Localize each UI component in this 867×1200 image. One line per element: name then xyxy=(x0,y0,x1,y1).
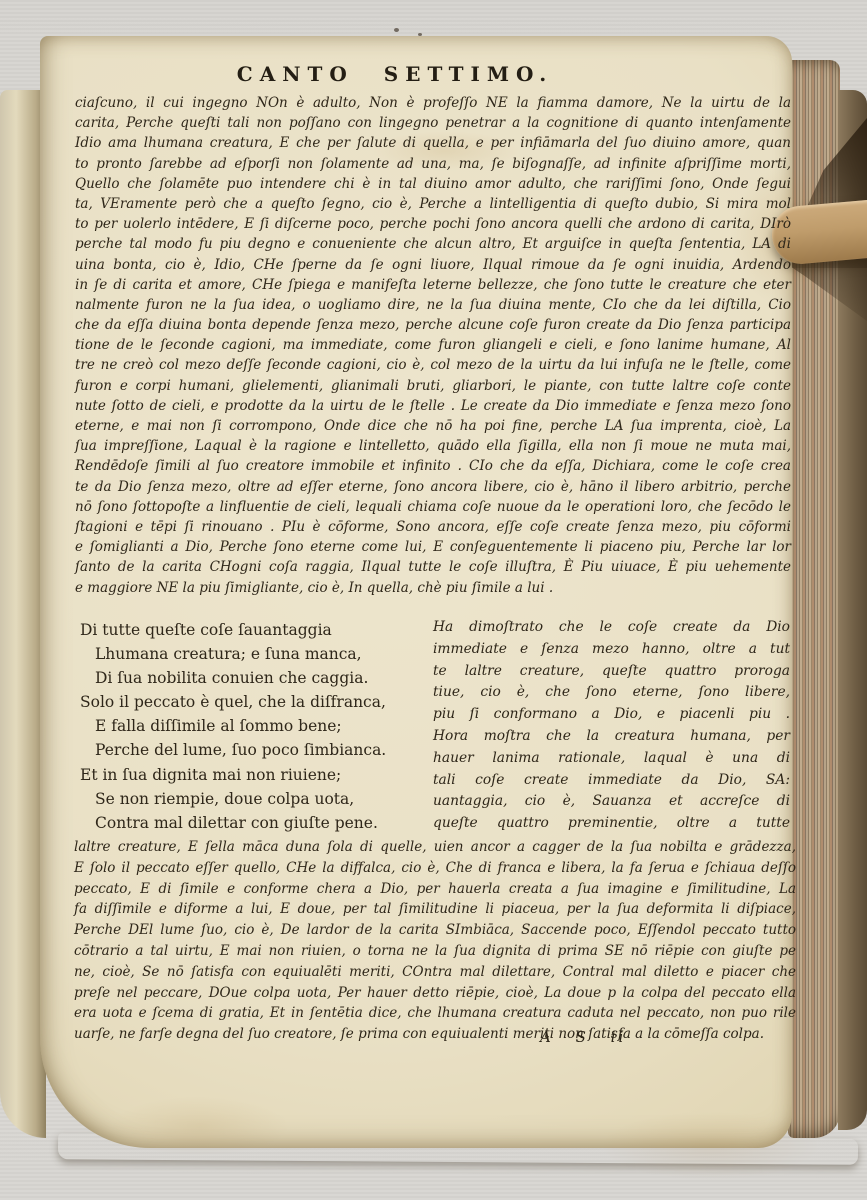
top-commentary-block: ciaſcuno, il cui ingegno NOn è adulto, N… xyxy=(75,93,791,598)
commentary-line: te laltre creature, queſte quattro proro… xyxy=(433,661,790,683)
commentary-line: queſte quattro preminentie, oltre a tutt… xyxy=(433,813,790,835)
commentary-line: e maggiore NE la piu ſimigliante, cio è,… xyxy=(75,578,791,598)
commentary-line: nalmente furon ne la ſua idea, o uogliam… xyxy=(75,295,791,315)
commentary-line: ta, VEramente però che a queſto ſegno, c… xyxy=(75,194,791,214)
commentary-line: preſe nel peccare, DOue colpa uota, Per … xyxy=(74,983,796,1004)
commentary-line: peccato, E di ſimile e conforme chera a … xyxy=(74,879,796,900)
right-commentary-column: Ha dimoſtrato che le coſe create da Dio … xyxy=(433,617,790,835)
commentary-line: uantaggia, cio è, Sauanza et accreſce di xyxy=(433,791,790,813)
commentary-line: ciaſcuno, il cui ingegno NOn è adulto, N… xyxy=(75,93,791,113)
commentary-line: Idio ama lhumana creatura, E che per ſal… xyxy=(75,133,791,153)
commentary-line: immediate e ſenza mezo hanno, oltre a tu… xyxy=(433,639,790,661)
commentary-line: ne, cioè, Se nō ſatisfa con equiualēti m… xyxy=(74,962,796,983)
verse-line: Lhumana creatura; e ſuna manca, xyxy=(80,642,425,666)
verse-line: Et in ſua dignita mai non riuiene; xyxy=(80,763,425,787)
commentary-line: tione de le ſeconde cagioni, ma immediat… xyxy=(75,335,791,355)
commentary-line: Rendēdoſe ſimili al ſuo creatore immobil… xyxy=(75,456,791,476)
commentary-line: hauer lanima rationale, laqual è una di xyxy=(433,748,790,770)
commentary-line: Perche DEl lume ſuo, cio è, De lardor de… xyxy=(74,920,796,941)
commentary-line: ſua impreſſione, Laqual è la ragione e l… xyxy=(75,436,791,456)
commentary-line: cōtrario a tal uirtu, E mai non riuien, … xyxy=(74,941,796,962)
commentary-line: fa diſſimile e diforme a lui, E doue, pe… xyxy=(74,899,796,920)
verse-column: Di tutte queſte coſe ſauantaggia Lhumana… xyxy=(80,618,425,835)
commentary-line: e ſomiglianti a Dio, Perche ſono eterne … xyxy=(75,537,791,557)
verse-line: Di tutte queſte coſe ſauantaggia xyxy=(80,618,425,642)
commentary-line: Quello che ſolamēte puo intendere chi è … xyxy=(75,174,791,194)
dust-speck xyxy=(394,28,399,32)
commentary-line: laltre creature, E ſella māca duna ſola … xyxy=(74,837,796,858)
commentary-line: furon e corpi humani, glielementi, glian… xyxy=(75,376,791,396)
commentary-line: tali coſe create immediate da Dio, SA: xyxy=(433,770,790,792)
verse-line: Solo il peccato è quel, che la diſfranca… xyxy=(80,690,425,714)
bottom-commentary-block: laltre creature, E ſella māca duna ſola … xyxy=(74,837,796,1045)
commentary-line: tre ne creò col mezo deſſe ſeconde cagio… xyxy=(75,355,791,375)
verse-line: Perche del lume, ſuo poco ſimbianca. xyxy=(80,738,425,762)
verse-line: Se non riempie, doue colpa uota, xyxy=(80,787,425,811)
commentary-line: to pronto ſarebbe ad eſporſi non ſolamen… xyxy=(75,154,791,174)
commentary-line: in ſe di carita et amore, CHe ſpiega e m… xyxy=(75,275,791,295)
commentary-line: carita, Perche queſti tali non poſſano c… xyxy=(75,113,791,133)
commentary-line: Hora moſtra che la creatura humana, per xyxy=(433,726,790,748)
commentary-line: ſanto de la carita CHogni coſa raggia, I… xyxy=(75,557,791,577)
verse-line: Di ſua nobilita conuien che caggia. xyxy=(80,666,425,690)
verse-line: E falla diſſimile al ſommo bene; xyxy=(80,714,425,738)
commentary-line: nō ſono ſottopoſte a linfluentie de ciel… xyxy=(75,497,791,517)
commentary-line: E ſolo il peccato eſſer quello, CHe la d… xyxy=(74,858,796,879)
commentary-line: eterne, e mai non ſi corrompono, Onde di… xyxy=(75,416,791,436)
commentary-line: uarſe, ne farſe degna del ſuo creatore, … xyxy=(74,1024,796,1045)
commentary-line: te da Dio ſenza mezo, oltre ad eſſer ete… xyxy=(75,477,791,497)
commentary-line: perche tal modo fu piu degno e conuenien… xyxy=(75,234,791,254)
quire-signature: A S ii xyxy=(540,1028,680,1046)
commentary-line: to per uolerlo intēdere, E ſi diſcerne p… xyxy=(75,214,791,234)
commentary-line: che da eſſa diuina bonta depende ſenza m… xyxy=(75,315,791,335)
page-title: CANTO SETTIMO. xyxy=(75,62,715,86)
commentary-line: uina bonta, cio è, Idio, CHe ſperne da ſ… xyxy=(75,255,791,275)
commentary-line: era uota e ſcema di gratia, Et in ſentēt… xyxy=(74,1003,796,1024)
commentary-line: tiue, cio è, che ſono eterne, ſono liber… xyxy=(433,682,790,704)
commentary-line: Ha dimoſtrato che le coſe create da Dio xyxy=(433,617,790,639)
commentary-line: piu ſi conformano a Dio, e piacenli piu … xyxy=(433,704,790,726)
verse-line: Contra mal dilettar con giuſte pene. xyxy=(80,811,425,835)
paper-stain xyxy=(110,1096,290,1156)
commentary-line: ſtagioni e tēpi ſi rinouano . PIu è cōfo… xyxy=(75,517,791,537)
commentary-line: nute ſotto de cieli, e prodotte da la ui… xyxy=(75,396,791,416)
